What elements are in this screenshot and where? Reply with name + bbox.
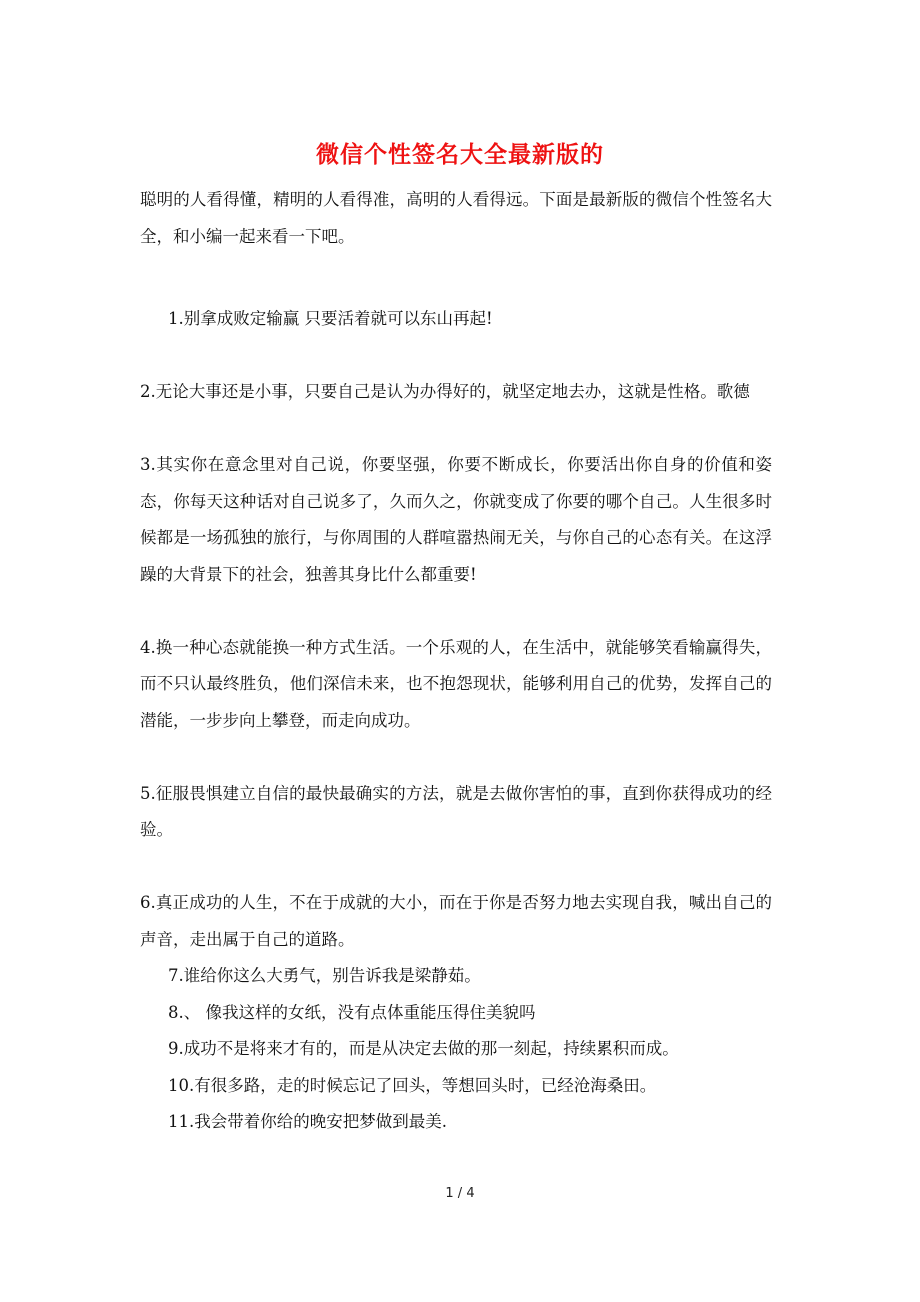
intro-paragraph: 聪明的人看得懂，精明的人看得准，高明的人看得远。下面是最新版的微信个性签名大全，… [140,182,772,255]
list-item-8: 8.、 像我这样的女纸，没有点体重能压得住美貌吗 [140,995,772,1032]
spacer [140,593,772,630]
list-item-7: 7.谁给你这么大勇气，别告诉我是梁静茹。 [140,958,772,995]
list-item-3: 3.其实你在意念里对自己说，你要坚强，你要不断成长，你要活出你自身的价值和姿态，… [140,447,772,593]
spacer [140,739,772,776]
spacer [140,255,772,301]
list-item-1: 1.别拿成败定输赢 只要活着就可以东山再起! [140,301,772,338]
spacer [140,849,772,886]
spacer [140,411,772,448]
list-item-2: 2.无论大事还是小事，只要自己是认为办得好的，就坚定地去办，这就是性格。歌德 [140,374,772,411]
document-page: 微信个性签名大全最新版的 聪明的人看得懂，精明的人看得准，高明的人看得远。下面是… [0,0,920,1302]
document-body: 聪明的人看得懂，精明的人看得准，高明的人看得远。下面是最新版的微信个性签名大全，… [140,182,772,1141]
list-item-4: 4.换一种心态就能换一种方式生活。一个乐观的人，在生活中，就能够笑看输赢得失，而… [140,630,772,740]
document-title: 微信个性签名大全最新版的 [0,140,920,170]
list-item-10: 10.有很多路，走的时候忘记了回头，等想回头时，已经沧海桑田。 [140,1068,772,1105]
page-indicator: 1 / 4 [0,1186,920,1201]
spacer [140,338,772,375]
list-item-11: 11.我会带着你给的晚安把梦做到最美. [140,1104,772,1141]
list-item-5: 5.征服畏惧建立自信的最快最确实的方法，就是去做你害怕的事，直到你获得成功的经验… [140,776,772,849]
list-item-6: 6.真正成功的人生，不在于成就的大小，而在于你是否努力地去实现自我，喊出自己的声… [140,885,772,958]
list-item-9: 9.成功不是将来才有的，而是从决定去做的那一刻起，持续累积而成。 [140,1031,772,1068]
